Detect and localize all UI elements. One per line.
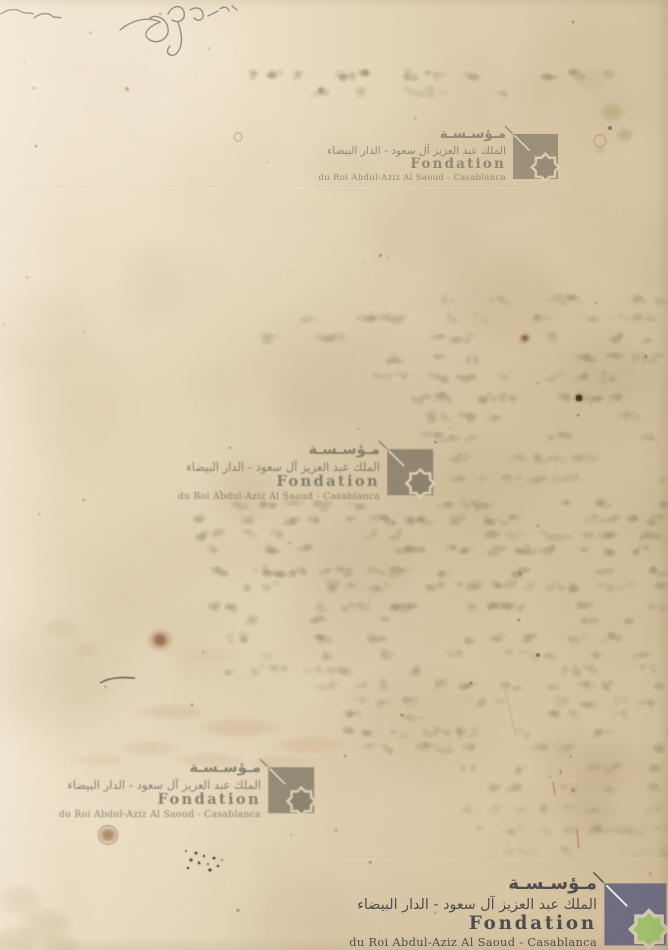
- watermark-org-subtitle-arabic: الملك عبد العزيز آل سعود - الدار البيضاء: [178, 461, 380, 474]
- watermark-org-subtitle-french: du Roi Abdul-Aziz Al Saoud - Casablanca: [349, 936, 597, 949]
- watermark-text-block: مـؤسـسـة الملك عبد العزيز آل سعود - الدا…: [59, 760, 261, 821]
- manuscript-page: مـؤسـسـة الملك عبد العزيز آل سعود - الدا…: [0, 0, 668, 950]
- watermark-org-subtitle-french: du Roi Abdul-Aziz Al Saoud - Casablanca: [59, 810, 261, 821]
- watermark-org-name-arabic: مـؤسـسـة: [349, 874, 597, 895]
- watermark-org-subtitle-arabic: الملك عبد العزيز آل سعود - الدار البيضاء: [59, 779, 261, 792]
- watermark-org-name-french: Fondation: [59, 792, 261, 809]
- watermark-text-block: مـؤسـسـة الملك عبد العزيز آل سعود - الدا…: [319, 127, 506, 183]
- watermark-org-name-french: Fondation: [319, 157, 506, 173]
- watermark-org-name-arabic: مـؤسـسـة: [59, 760, 261, 777]
- foundation-logo-icon: [504, 125, 567, 188]
- foundation-logo-icon: [592, 871, 668, 950]
- watermark-org-subtitle-french: du Roi Abdul-Aziz Al Saoud - Casablanca: [178, 492, 380, 503]
- foundation-logo-icon: [259, 758, 323, 822]
- watermark-org-subtitle-arabic: الملك عبد العزيز آل سعود - الدار البيضاء: [349, 897, 597, 913]
- foundation-logo-icon: [378, 440, 442, 504]
- watermark-org-name-arabic: مـؤسـسـة: [319, 127, 506, 143]
- watermark-org-name-french: Fondation: [178, 474, 380, 491]
- handwritten-arabic-inscription: [0, 0, 280, 70]
- watermark-org-subtitle-french: du Roi Abdul-Aziz Al Saoud - Casablanca: [319, 174, 506, 184]
- watermark-org-name-arabic: مـؤسـسـة: [178, 442, 380, 459]
- watermark-text-block: مـؤسـسـة الملك عبد العزيز آل سعود - الدا…: [349, 874, 597, 949]
- watermark-org-name-french: Fondation: [349, 914, 597, 935]
- watermark-text-block: مـؤسـسـة الملك عبد العزيز آل سعود - الدا…: [178, 442, 380, 503]
